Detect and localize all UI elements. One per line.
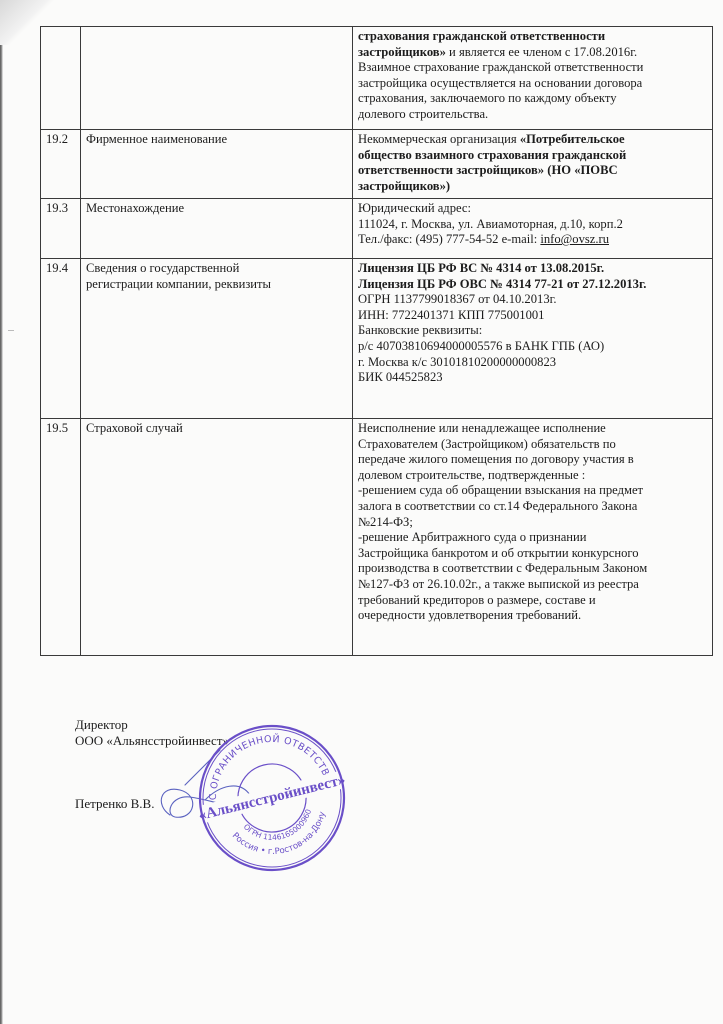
value-line: Тел./факс: (495) 777-54-52 e-mail: info@… — [358, 232, 708, 248]
value-line: ОГРН 1137799018367 от 04.10.2013г. — [358, 292, 708, 308]
label-line: Сведения о государственной — [86, 261, 348, 277]
value-line: Лицензия ЦБ РФ ВС № 4314 от 13.08.2015г. — [358, 261, 708, 277]
value-line: ИНН: 7722401371 КПП 775001001 — [358, 308, 708, 324]
row-label: Фирменное наименование — [81, 130, 353, 199]
table-row: 19.3МестонахождениеЮридический адрес:111… — [41, 199, 713, 259]
label-line: регистрации компании, реквизиты — [86, 277, 348, 293]
value-line: Неисполнение или ненадлежащее исполнение — [358, 421, 708, 437]
value-text: Тел./факс: (495) 777-54-52 e-mail: — [358, 232, 540, 246]
row-number: 19.2 — [41, 130, 81, 199]
row-number — [41, 27, 81, 130]
table-row: 19.2Фирменное наименованиеНекоммерческая… — [41, 130, 713, 199]
value-line: Взаимное страхование гражданской ответст… — [358, 60, 708, 76]
value-line: -решением суда об обращении взыскания на… — [358, 483, 708, 499]
value-line: Страхователем (Застройщиком) обязательст… — [358, 437, 708, 453]
value-line: 111024, г. Москва, ул. Авиамоторная, д.1… — [358, 217, 708, 233]
value-text: и является ее членом с 17.08.2016г. — [446, 45, 637, 59]
value-text: Некоммерческая организация — [358, 132, 520, 146]
value-line: залога в соответствии со ст.14 Федеральн… — [358, 499, 708, 515]
value-line: общество взаимного страхования гражданск… — [358, 148, 708, 164]
signer-name: Петренко В.В. — [75, 796, 154, 812]
value-line: №214-ФЗ; — [358, 515, 708, 531]
row-number: 19.5 — [41, 419, 81, 656]
table-row: 19.5Страховой случайНеисполнение или нен… — [41, 419, 713, 656]
value-line: Юридический адрес: — [358, 201, 708, 217]
value-line: передаче жилого помещения по договору уч… — [358, 452, 708, 468]
value-line: р/с 40703810694000005576 в БАНК ГПБ (АО) — [358, 339, 708, 355]
value-line: Лицензия ЦБ РФ ОВС № 4314 77-21 от 27.12… — [358, 277, 708, 293]
row-value: Некоммерческая организация «Потребительс… — [353, 130, 713, 199]
row-value: Юридический адрес:111024, г. Москва, ул.… — [353, 199, 713, 259]
value-line: застройщиков») — [358, 179, 708, 195]
value-line: требований кредиторов о размере, составе… — [358, 593, 708, 609]
value-line: застройщика осуществляется на основании … — [358, 76, 708, 92]
row-value: Лицензия ЦБ РФ ВС № 4314 от 13.08.2015г.… — [353, 259, 713, 419]
table-row: страхования гражданской ответственностиз… — [41, 27, 713, 130]
scan-edge — [0, 18, 3, 1024]
value-line: застройщиков» и является ее членом с 17.… — [358, 45, 708, 61]
value-line: -решение Арбитражного суда о признании — [358, 530, 708, 546]
value-line: долевого строительства. — [358, 107, 708, 123]
value-line: г. Москва к/с 30101810200000000823 — [358, 355, 708, 371]
value-text: застройщиков» — [358, 45, 446, 59]
value-line: страхования, заключаемого по каждому объ… — [358, 91, 708, 107]
table-row: 19.4Сведения о государственнойрегистраци… — [41, 259, 713, 419]
row-number: 19.3 — [41, 199, 81, 259]
value-line: производства в соответствии с Федеральны… — [358, 561, 708, 577]
value-line: Застройщика банкротом и об открытии конк… — [358, 546, 708, 562]
email-link[interactable]: info@ovsz.ru — [540, 232, 609, 246]
row-label: Сведения о государственнойрегистрации ко… — [81, 259, 353, 419]
row-value: Неисполнение или ненадлежащее исполнение… — [353, 419, 713, 656]
row-label — [81, 27, 353, 130]
row-number: 19.4 — [41, 259, 81, 419]
value-line: ответственности застройщиков» (НО «ПОВС — [358, 163, 708, 179]
row-label: Страховой случай — [81, 419, 353, 656]
value-line: №127-ФЗ от 26.10.02г., а также выпиской … — [358, 577, 708, 593]
value-line: очередности удовлетворения требований. — [358, 608, 708, 624]
row-value: страхования гражданской ответственностиз… — [353, 27, 713, 130]
row-label: Местонахождение — [81, 199, 353, 259]
value-line: страхования гражданской ответственности — [358, 29, 708, 45]
value-line: Некоммерческая организация «Потребительс… — [358, 132, 708, 148]
value-line: долевом строительстве, подтвержденные : — [358, 468, 708, 484]
scan-speck — [8, 330, 14, 331]
value-text: «Потребительское — [520, 132, 625, 146]
company-stamp: ОБЩЕСТВО С ОГРАНИЧЕННОЙ ОТВЕТСТВЕННОСТЬЮ… — [196, 722, 348, 874]
value-line: Банковские реквизиты: — [358, 323, 708, 339]
info-table: страхования гражданской ответственностиз… — [40, 26, 713, 656]
value-line: БИК 044525823 — [358, 370, 708, 386]
